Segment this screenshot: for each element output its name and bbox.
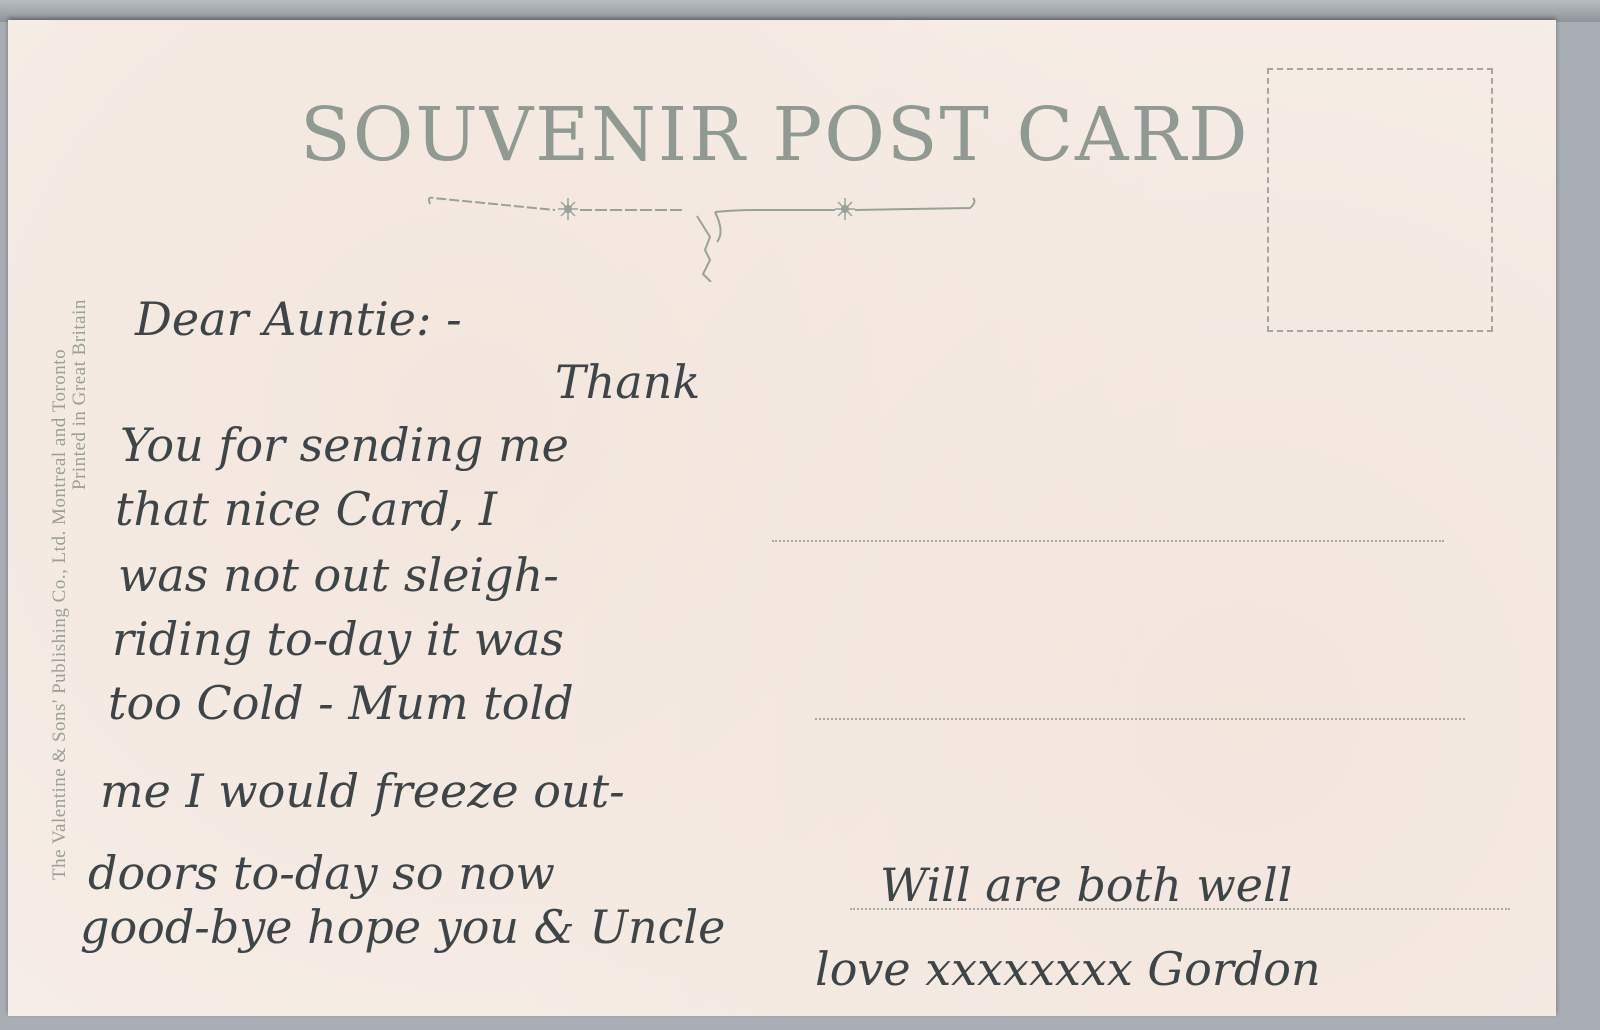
message-line-5: riding to-day it was — [112, 612, 564, 666]
message-line-4: was not out sleigh- — [118, 548, 559, 602]
message-line-1: Thank — [555, 355, 700, 409]
greeting: Dear Auntie: - — [135, 292, 462, 346]
publisher-line-2: Printed in Great Britain — [70, 299, 90, 880]
publisher-imprint: The Valentine & Sons' Publishing Co., Lt… — [50, 299, 90, 880]
address-line-2 — [815, 718, 1465, 720]
message-line-2: You for sending me — [120, 418, 569, 472]
stamp-box — [1267, 68, 1493, 332]
message-line-7: me I would freeze out- — [100, 764, 625, 818]
postcard-title: SOUVENIR POST CARD — [300, 92, 1100, 178]
message-line-9: good-bye hope you & Uncle — [80, 900, 725, 954]
message-line-6: too Cold - Mum told — [108, 676, 574, 730]
message-line-10: Will are both well — [880, 858, 1292, 912]
background-top-edge — [0, 0, 1600, 22]
message-line-8: doors to-day so now — [88, 846, 555, 900]
publisher-line-1: The Valentine & Sons' Publishing Co., Lt… — [50, 299, 70, 880]
message-line-3: that nice Card, I — [115, 482, 497, 536]
ornament-divider-icon — [425, 192, 980, 282]
address-line-1 — [772, 540, 1444, 542]
signature-line: love xxxxxxxx Gordon — [815, 942, 1321, 996]
